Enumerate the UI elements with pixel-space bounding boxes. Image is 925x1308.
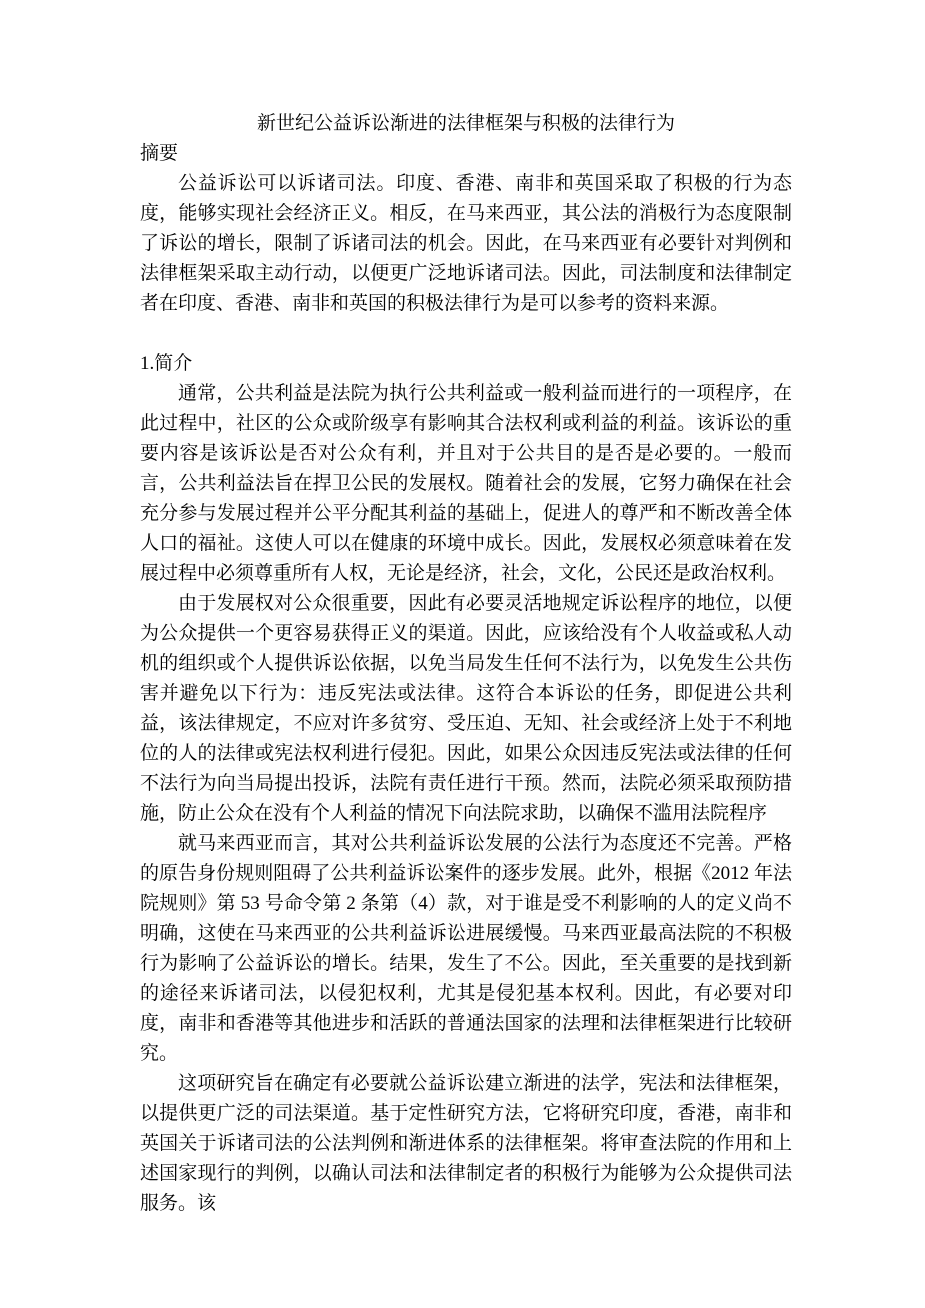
blank-line-separator [140,319,792,349]
abstract-heading: 摘要 [140,139,792,169]
document-content: 新世纪公益诉讼渐进的法律框架与积极的法律行为 摘要 公益诉讼可以诉诸司法。印度、… [140,109,792,1219]
intro-paragraph-3: 就马来西亚而言，其对公共利益诉讼发展的公法行为态度还不完善。严格的原告身份规则阻… [140,829,792,1069]
intro-paragraph-4: 这项研究旨在确定有必要就公益诉讼建立渐进的法学，宪法和法律框架，以提供更广泛的司… [140,1069,792,1219]
section-heading-introduction: 1.简介 [140,349,792,379]
document-page: 新世纪公益诉讼渐进的法律框架与积极的法律行为 摘要 公益诉讼可以诉诸司法。印度、… [0,0,925,1308]
intro-paragraph-2: 由于发展权对公众很重要，因此有必要灵活地规定诉讼程序的地位，以便为公众提供一个更… [140,589,792,829]
abstract-paragraph: 公益诉讼可以诉诸司法。印度、香港、南非和英国采取了积极的行为态度，能够实现社会经… [140,169,792,319]
document-title: 新世纪公益诉讼渐进的法律框架与积极的法律行为 [140,109,792,139]
intro-paragraph-1: 通常，公共利益是法院为执行公共利益或一般利益而进行的一项程序，在此过程中，社区的… [140,379,792,589]
